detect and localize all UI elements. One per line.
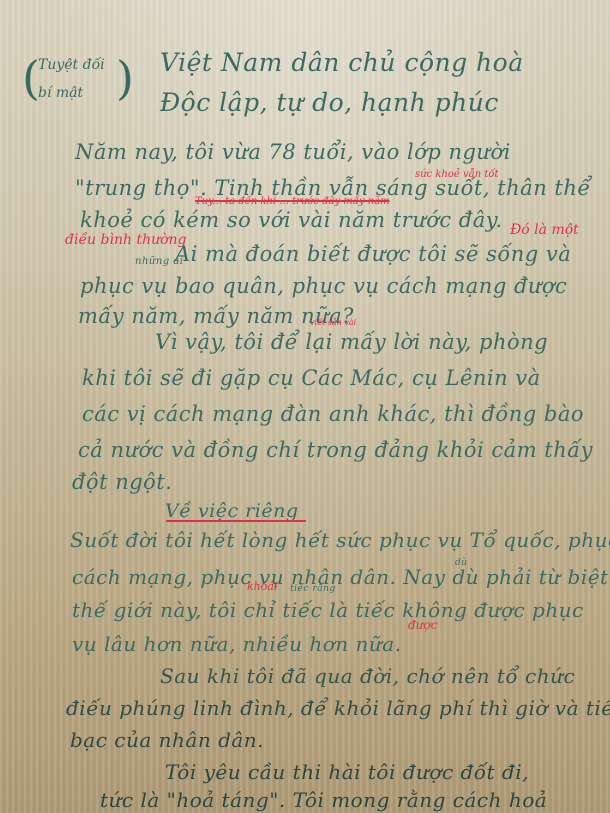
section-line: bạc của nhân dân. bbox=[70, 728, 264, 752]
margin-note-top-secret: ( Tuyệt đối bí mật ) bbox=[28, 52, 128, 112]
red-annotation: khoái bbox=[247, 580, 277, 593]
red-annotation: được bbox=[408, 618, 437, 632]
section-line: Sau khi tôi đã qua đời, chớ nên tổ chức bbox=[160, 664, 575, 688]
header-line-1: Việt Nam dân chủ cộng hoà bbox=[160, 48, 524, 77]
header-line-2: Độc lập, tự do, hạnh phúc bbox=[160, 88, 499, 117]
section-line: tức là "hoả táng". Tôi mong rằng cách ho… bbox=[100, 788, 547, 812]
margin-note-line1: Tuyệt đối bbox=[38, 52, 105, 78]
section-heading: Về việc riêng bbox=[165, 500, 299, 522]
body-line: Ai mà đoán biết được tôi sẽ sống và bbox=[125, 242, 571, 266]
margin-note-line2: bí mật bbox=[38, 80, 83, 106]
red-annotation: viết sẵn vài bbox=[310, 318, 356, 327]
section-line: Tôi yêu cầu thi hài tôi được đốt đi, bbox=[165, 760, 529, 784]
paper-background: ( Tuyệt đối bí mật ) Việt Nam dân chủ cộ… bbox=[0, 0, 610, 813]
body-line: Năm nay, tôi vừa 78 tuổi, vào lớp người bbox=[75, 140, 511, 164]
body-line: Vì vậy, tôi để lại mấy lời này, phòng bbox=[155, 330, 548, 354]
section-line: vụ lâu hơn nữa, nhiều hơn nữa. bbox=[72, 632, 402, 656]
red-annotation-struck: Tuy... ta đến khi ... trước đây mấy năm bbox=[195, 196, 390, 207]
body-line: các vị cách mạng đàn anh khác, thì đồng … bbox=[82, 402, 584, 426]
section-line: Suốt đời tôi hết lòng hết sức phục vụ Tổ… bbox=[70, 528, 610, 552]
body-line: cả nước và đồng chí trong đảng khỏi cảm … bbox=[78, 438, 593, 462]
body-line: khi tôi sẽ đi gặp cụ Các Mác, cụ Lênin v… bbox=[82, 366, 541, 390]
body-line: đột ngột. bbox=[72, 470, 172, 494]
red-annotation: Đó là một bbox=[510, 222, 579, 238]
ink-correction: tiếc rằng bbox=[290, 584, 336, 594]
section-line: cách mạng, phục vụ nhân dân. Nay dù phải… bbox=[72, 565, 609, 589]
body-line: khoẻ có kém so với vài năm trước đây. bbox=[80, 208, 503, 232]
body-line: phục vụ bao quân, phục vụ cách mạng được bbox=[80, 274, 567, 298]
section-line: điếu phúng linh đình, để khỏi lãng phí t… bbox=[66, 696, 610, 720]
paren-right: ) bbox=[116, 48, 134, 108]
heading-red-underline bbox=[166, 520, 306, 522]
section-line: thế giới này, tôi chỉ tiếc là tiếc không… bbox=[72, 598, 584, 622]
